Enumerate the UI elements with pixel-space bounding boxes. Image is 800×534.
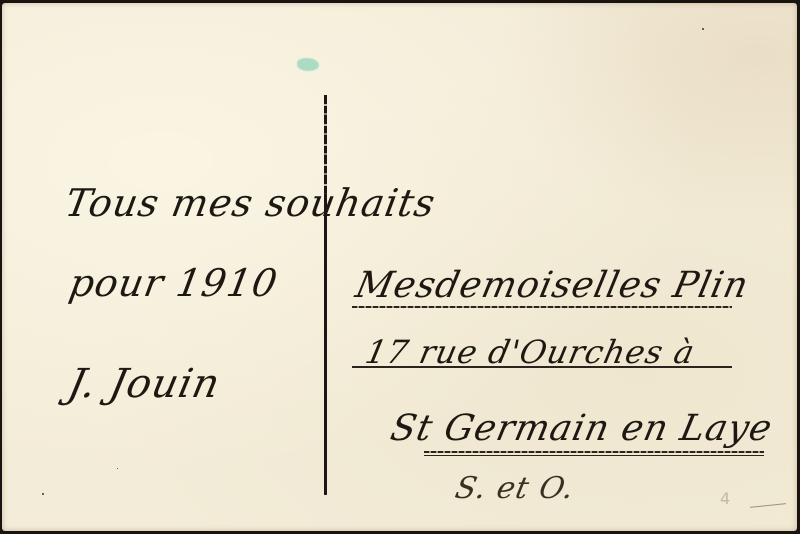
paper-speck [117,468,118,469]
pencil-annotation: 4 [720,489,730,508]
address-recipient: Mesdemoiselles Plin [352,265,752,306]
paper-speck [702,28,704,30]
address-rule-3b [424,455,764,456]
postcard-back: Tous mes souhaits pour 1910 J. Jouin Mes… [2,3,797,531]
message-line-1: Tous mes souhaits [62,181,439,225]
address-rule-3a [424,451,764,453]
address-rule-2 [352,366,732,368]
address-department: S. et O. [452,471,578,506]
pencil-dash-mark [750,503,786,508]
center-divider-line [324,193,327,495]
stamp-residue-stain [297,58,319,71]
message-signature: J. Jouin [64,361,225,407]
paper-speck [42,493,44,495]
address-town: St Germain en Laye [387,408,776,449]
address-rule-1 [352,306,732,308]
message-line-2: pour 1910 [66,261,281,305]
